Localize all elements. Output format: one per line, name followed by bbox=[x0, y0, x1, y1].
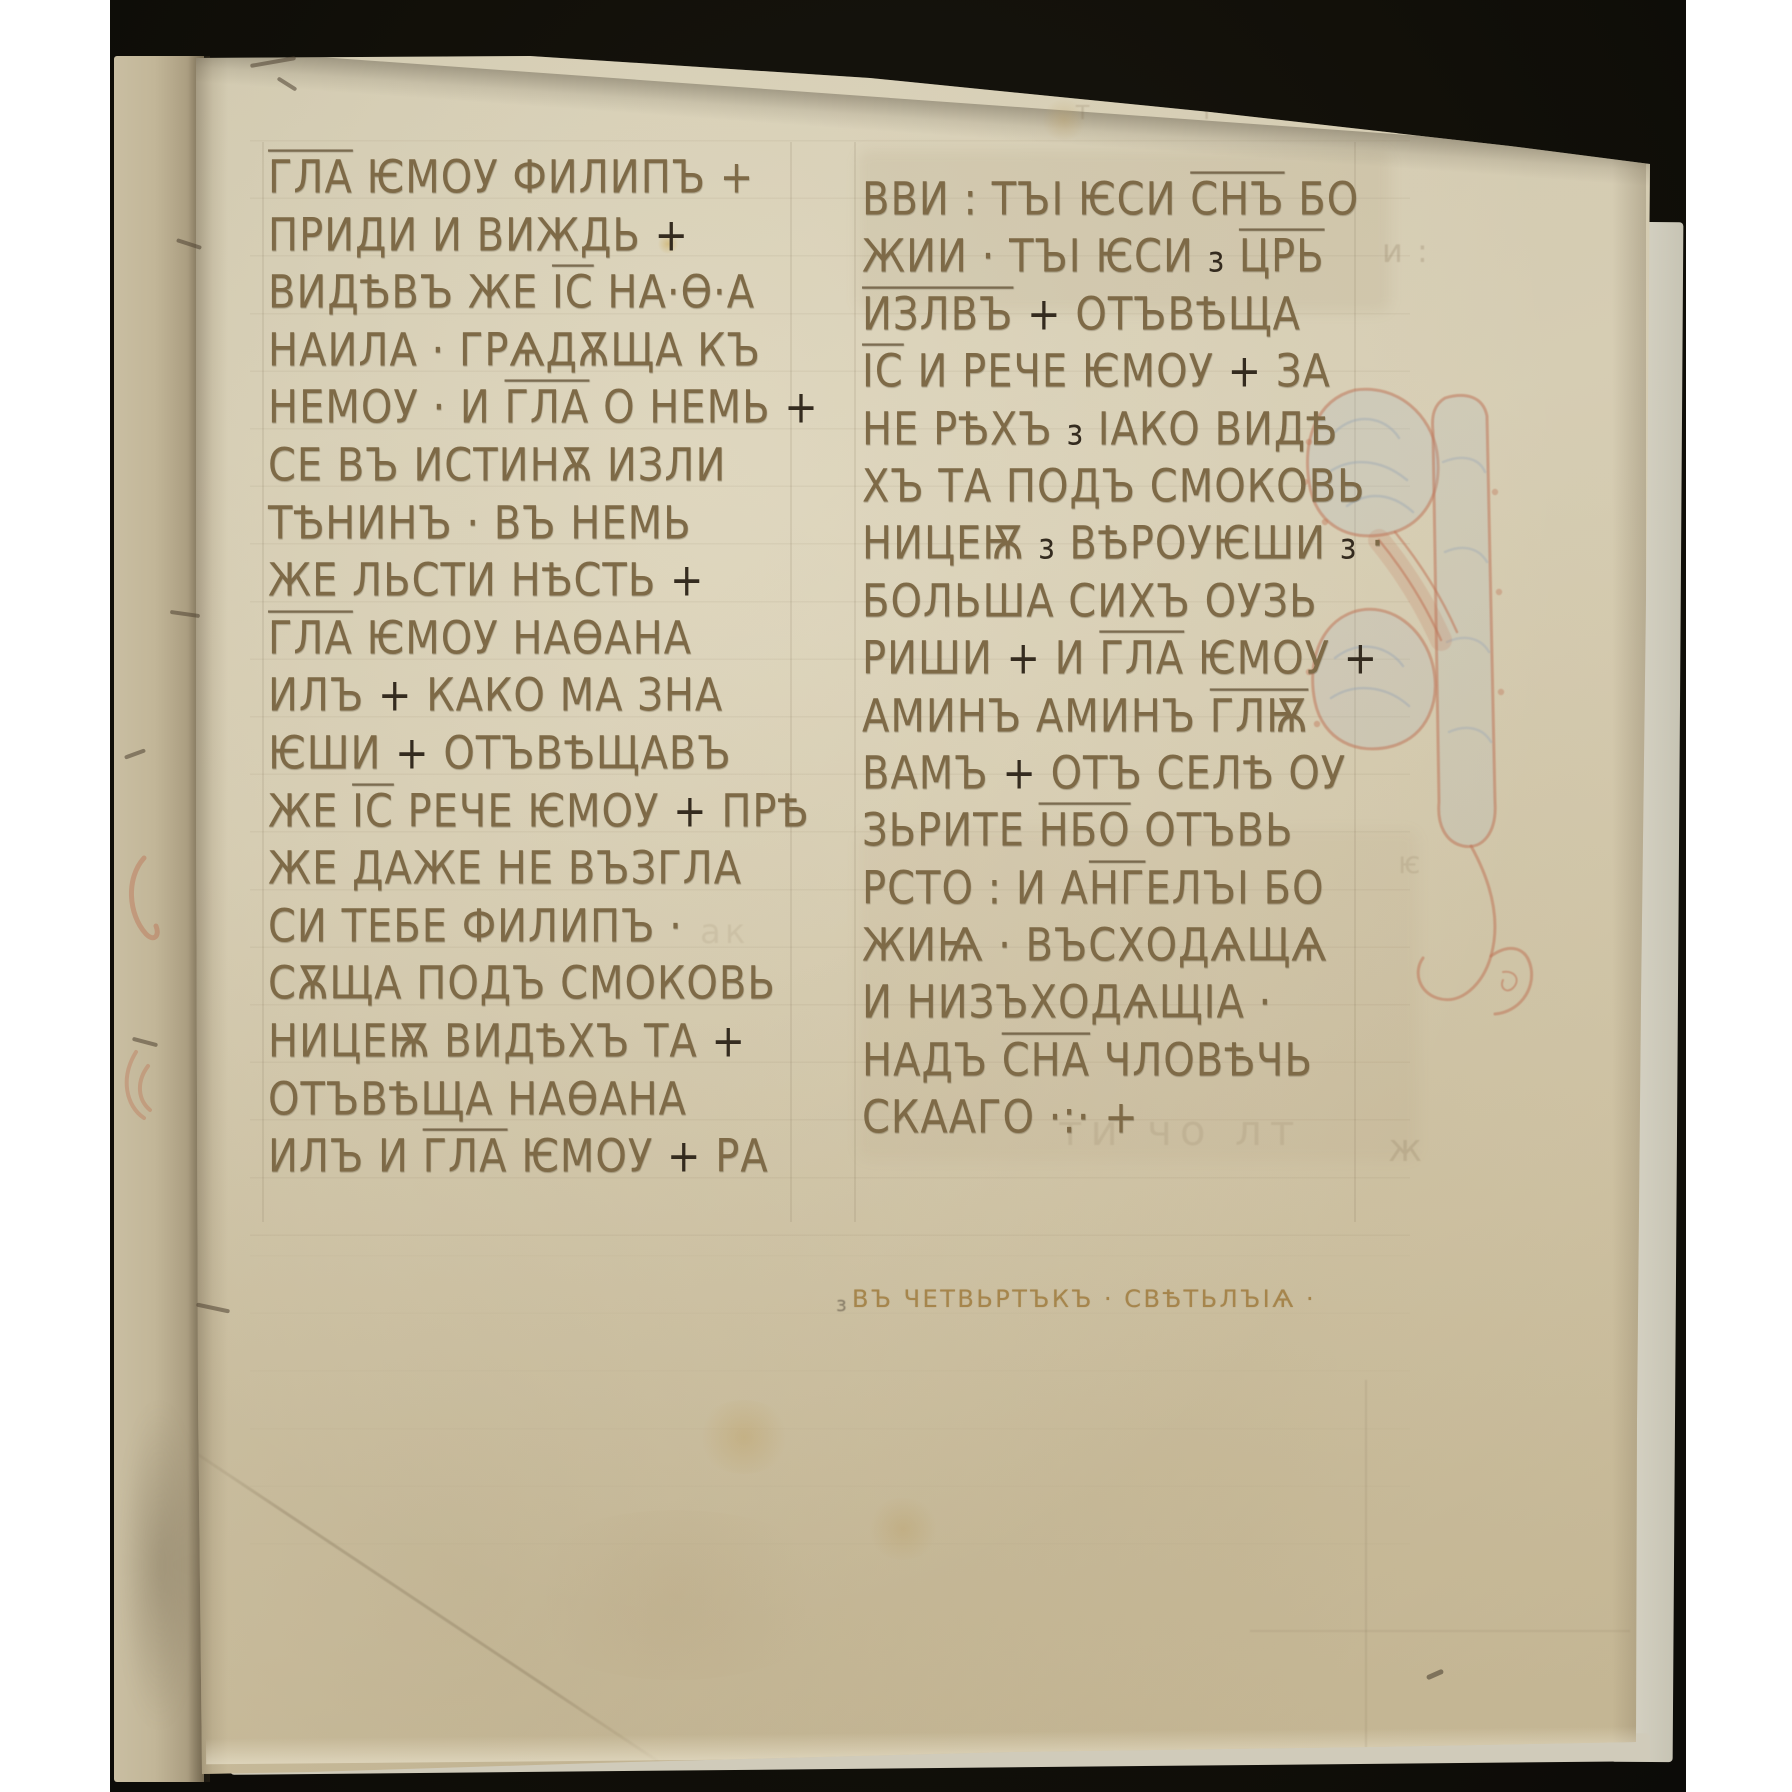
text-segment: ГЛА bbox=[268, 612, 353, 664]
text-segment: ѤМОУ bbox=[508, 1131, 668, 1183]
text-segment: НА·Ѳ·А bbox=[594, 267, 755, 319]
text-segment: НАДЪ bbox=[862, 1035, 1002, 1087]
text-segment: БОЛЬША СИХЪ ОУЗЬ bbox=[862, 575, 1318, 627]
text-line: ВИДѢВЪ ЖЕ ІС НА·Ѳ·А bbox=[268, 261, 819, 327]
manuscript-photo-page: ГЛА ѤМОУ ФИЛИПЪ +ПРИДИ И ВИЖДЬ +ВИДѢВЪ Ж… bbox=[0, 0, 1792, 1792]
text-segment: НИЦЕѬ bbox=[862, 518, 1038, 570]
show-through-ghost-text: ак bbox=[700, 912, 749, 952]
text-line: ИЛЪ И ГЛА ѤМОУ + РА bbox=[268, 1125, 819, 1191]
text-line: НАДЪ СНА ЧЛОВѢЧЬ bbox=[862, 1029, 1385, 1094]
text-segment: + bbox=[673, 785, 708, 837]
text-segment: + bbox=[1027, 288, 1062, 340]
text-segment: ПРИДИ И ВИЖДЬ bbox=[268, 209, 655, 261]
text-line: ВЪ ЧЕТВЬРТЪКЪ · СВѢТЬЛЪІѦ · bbox=[852, 1284, 1316, 1314]
text-segment: з bbox=[1340, 527, 1358, 568]
parchment-page: ГЛА ѤМОУ ФИЛИПЪ +ПРИДИ И ВИЖДЬ +ВИДѢВЪ Ж… bbox=[110, 0, 1686, 1792]
text-segment: ГЛѬ bbox=[1210, 690, 1309, 742]
text-segment: ВАМЪ bbox=[862, 748, 1002, 800]
show-through-ghost-text: ѥ bbox=[1398, 846, 1420, 881]
text-line: ЖЕ ДАЖЕ НЕ ВЪЗГЛА bbox=[268, 837, 819, 903]
text-line: И НИЗЪХОДѦЩІА · bbox=[862, 971, 1385, 1036]
text-segment: + bbox=[395, 728, 430, 780]
text-segment: О НЕМЬ bbox=[589, 382, 784, 434]
text-line: БОЛЬША СИХЪ ОУЗЬ bbox=[862, 570, 1385, 635]
text-segment bbox=[1225, 231, 1239, 283]
text-segment: ѤМОУ ФИЛИПЪ bbox=[353, 152, 720, 204]
text-segment: ЖЕ ЛЬСТИ НѢСТЬ bbox=[268, 555, 670, 607]
text-segment: + bbox=[1228, 346, 1263, 398]
text-line: ИЗЛВЪ + ОТЪВѢЩА bbox=[862, 283, 1385, 348]
text-segment: ГЛА bbox=[1099, 633, 1184, 685]
text-segment: ЗЬРИТЕ bbox=[862, 805, 1039, 857]
text-line: НЕ РѢХЪ з ІАКО ВИДѢ bbox=[862, 398, 1385, 463]
text-segment: ВЪ ЧЕТВЬРТЪКЪ · СВѢТЬЛЪІѦ · bbox=[852, 1285, 1316, 1313]
text-segment: НЕМОУ · И bbox=[268, 382, 505, 434]
text-segment: ОТЪ СЕЛѢ ОУ bbox=[1037, 748, 1346, 800]
text-segment: НБО bbox=[1039, 805, 1131, 857]
text-segment: + bbox=[667, 1131, 702, 1183]
text-line: НИЦЕѬ ВИДѢХЪ ТА + bbox=[268, 1010, 819, 1076]
text-segment: СНЪ bbox=[1190, 174, 1284, 226]
show-through-ghost-text: ти чо лт bbox=[1058, 1106, 1302, 1155]
text-segment: + bbox=[1344, 633, 1379, 685]
text-segment: ЦРЬ bbox=[1239, 231, 1325, 283]
text-line: НЕМОУ · И ГЛА О НЕМЬ + bbox=[268, 376, 819, 442]
text-segment: РА bbox=[702, 1131, 769, 1183]
text-line: НИЦЕѬ з ВѢРОУѤШИ з · bbox=[862, 512, 1385, 577]
text-line: ИЛЪ + КАКО МА ЗНА bbox=[268, 664, 819, 730]
text-segment: + bbox=[1002, 748, 1037, 800]
text-segment: КАКО МА ЗНА bbox=[413, 670, 724, 722]
text-segment: СНА bbox=[1002, 1035, 1090, 1087]
text-line: АМИНЪ АМИНЪ ГЛѬ bbox=[862, 685, 1385, 750]
text-segment: ИЛЪ bbox=[268, 670, 378, 722]
text-line: ПРИДИ И ВИЖДЬ + bbox=[268, 204, 819, 270]
text-segment: ПРѢ bbox=[708, 785, 810, 837]
text-line: ЖИѨ · ВЪСХОДѦЩѦ bbox=[862, 914, 1385, 979]
text-segment: ѤМОУ НАѲАНА bbox=[353, 612, 692, 664]
text-segment: НЕ РѢХЪ bbox=[862, 403, 1066, 455]
text-segment: + bbox=[711, 1016, 746, 1068]
crease bbox=[1365, 1380, 1367, 1750]
text-line: ВАМЪ + ОТЪ СЕЛѢ ОУ bbox=[862, 742, 1385, 807]
show-through-ghost-text: и : bbox=[1382, 232, 1430, 270]
text-segment: ІС bbox=[862, 346, 904, 398]
text-segment: РЕЧЕ ѤМОУ bbox=[394, 785, 673, 837]
text-segment: ЗА bbox=[1262, 346, 1331, 398]
text-segment: з bbox=[1038, 527, 1056, 568]
text-segment: з bbox=[1208, 240, 1226, 281]
text-line: ѤШИ + ОТЪВѢЩАВЪ bbox=[268, 722, 819, 788]
text-segment: НАИЛА · ГРѦДѪЩА КЪ bbox=[268, 324, 761, 376]
text-line: ВВИ : ТЪІ ѤСИ СНЪ БО bbox=[862, 168, 1385, 233]
show-through-ghost-text: з bbox=[836, 1292, 847, 1316]
text-segment: ОТЪВѢЩАВЪ bbox=[430, 728, 732, 780]
text-segment: з bbox=[1066, 412, 1084, 453]
text-segment: + bbox=[670, 555, 705, 607]
text-segment: ІАКО ВИДѢ bbox=[1084, 403, 1338, 455]
ruling-vertical bbox=[262, 142, 264, 1222]
text-line: ЖЕ ЛЬСТИ НѢСТЬ + bbox=[268, 549, 819, 615]
text-segment: ВИДѢВЪ ЖЕ bbox=[268, 267, 552, 319]
ruling-vertical bbox=[854, 142, 856, 1222]
text-line: ІС И РЕЧЕ ѤМОУ + ЗА bbox=[862, 340, 1385, 405]
text-segment: ОТЪВЬ bbox=[1131, 805, 1294, 857]
text-line: ЗЬРИТЕ НБО ОТЪВЬ bbox=[862, 799, 1385, 864]
text-segment: ВѢРОУѤШИ bbox=[1056, 518, 1340, 570]
text-segment: + bbox=[784, 382, 819, 434]
stain bbox=[696, 1400, 792, 1474]
text-segment: + bbox=[655, 209, 690, 261]
text-segment: СИ ТЕБЕ ФИЛИПЪ · bbox=[268, 900, 683, 952]
show-through-ghost-text: т ї а bbox=[1075, 96, 1361, 126]
text-segment: РСТО : И А bbox=[862, 862, 1089, 914]
text-line: ТѢНИНЪ · ВЪ НЕМЬ bbox=[268, 492, 819, 558]
text-segment: + bbox=[1006, 633, 1041, 685]
text-line: ОТЪВѢЩА НАѲАНА bbox=[268, 1068, 819, 1134]
text-segment: · bbox=[1357, 518, 1384, 570]
text-segment: И bbox=[1041, 633, 1099, 685]
text-line: ЖИИ · ТЪІ ѤСИ з ЦРЬ bbox=[862, 225, 1385, 290]
right-text-column: ВВИ : ТЪІ ѤСИ СНЪ БОЖИИ · ТЪІ ѤСИ з ЦРЬИ… bbox=[862, 168, 1385, 1144]
text-segment: ТѢНИНЪ · ВЪ НЕМЬ bbox=[268, 497, 692, 549]
text-line: РИШИ + И ГЛА ѤМОУ + bbox=[862, 627, 1385, 692]
gutter-stain bbox=[120, 1400, 198, 1730]
text-segment: ЖИИ · ТЪІ ѤСИ bbox=[862, 231, 1208, 283]
text-segment: СѪЩА ПОДЪ СМОКОВЬ bbox=[268, 958, 776, 1010]
text-segment: ОТЪВѢЩА НАѲАНА bbox=[268, 1073, 687, 1125]
stain bbox=[506, 1510, 846, 1680]
text-segment: ГЛА bbox=[423, 1131, 508, 1183]
text-segment: ІС bbox=[552, 267, 594, 319]
text-line: НАИЛА · ГРѦДѪЩА КЪ bbox=[268, 319, 819, 385]
text-segment: ІС bbox=[352, 785, 394, 837]
stain bbox=[866, 1498, 940, 1560]
text-segment: БО bbox=[1285, 174, 1360, 226]
text-segment: ГЛА bbox=[505, 382, 590, 434]
ink-fleck bbox=[1426, 1669, 1444, 1681]
text-segment: ѤШИ bbox=[268, 728, 395, 780]
text-segment: ѤМОУ bbox=[1184, 633, 1344, 685]
text-segment: НГ bbox=[1089, 862, 1145, 914]
text-line: РСТО : И АНГЕЛЪІ БО bbox=[862, 857, 1385, 922]
text-line: СѪЩА ПОДЪ СМОКОВЬ bbox=[268, 952, 819, 1018]
show-through-ghost-text: ж bbox=[1388, 1126, 1422, 1170]
text-line: ГЛА ѤМОУ ФИЛИПЪ + bbox=[268, 146, 819, 212]
text-segment: РИШИ bbox=[862, 633, 1006, 685]
text-segment bbox=[1013, 288, 1027, 340]
text-segment: НИЦЕѬ ВИДѢХЪ ТА bbox=[268, 1016, 711, 1068]
text-line: СЕ ВЪ ИСТИНѪ ИЗЛИ bbox=[268, 434, 819, 500]
red-showthrough-marks bbox=[110, 840, 180, 1140]
text-line: ЖЕ ІС РЕЧЕ ѤМОУ + ПРѢ bbox=[268, 780, 819, 846]
text-segment: АМИНЪ АМИНЪ bbox=[862, 690, 1210, 742]
rubric-line: ВЪ ЧЕТВЬРТЪКЪ · СВѢТЬЛЪІѦ · bbox=[852, 1284, 1316, 1314]
text-segment: ЖИѨ · ВЪСХОДѦЩѦ bbox=[862, 920, 1327, 972]
text-segment: ЕЛЪІ БО bbox=[1145, 862, 1324, 914]
photo-background: ГЛА ѤМОУ ФИЛИПЪ +ПРИДИ И ВИЖДЬ +ВИДѢВЪ Ж… bbox=[110, 0, 1686, 1792]
text-segment: ИЛЪ И bbox=[268, 1131, 423, 1183]
text-segment: ЖЕ ДАЖЕ НЕ ВЪЗГЛА bbox=[268, 843, 742, 895]
text-segment: И РЕЧЕ ѤМОУ bbox=[904, 346, 1228, 398]
text-segment: ВВИ : ТЪІ ѤСИ bbox=[862, 174, 1190, 226]
text-segment: ЖЕ bbox=[268, 785, 352, 837]
text-segment: ОТЪВѢЩА bbox=[1062, 288, 1301, 340]
text-line: ГЛА ѤМОУ НАѲАНА bbox=[268, 607, 819, 673]
text-segment: ХЪ ТА ПОДЪ СМОКОВЬ bbox=[862, 461, 1365, 513]
left-text-column: ГЛА ѤМОУ ФИЛИПЪ +ПРИДИ И ВИЖДЬ +ВИДѢВЪ Ж… bbox=[268, 146, 819, 1183]
text-line: ХЪ ТА ПОДЪ СМОКОВЬ bbox=[862, 455, 1385, 520]
text-segment: ЧЛОВѢЧЬ bbox=[1090, 1035, 1313, 1087]
text-segment: И НИЗЪХОДѦЩІА · bbox=[862, 977, 1272, 1029]
text-segment: СЕ ВЪ ИСТИНѪ ИЗЛИ bbox=[268, 440, 726, 492]
crease bbox=[1250, 1630, 1630, 1632]
text-segment: ГЛА bbox=[268, 152, 353, 204]
text-segment: ИЗЛВЪ bbox=[862, 288, 1013, 340]
text-segment: + bbox=[720, 152, 755, 204]
text-segment: + bbox=[378, 670, 413, 722]
